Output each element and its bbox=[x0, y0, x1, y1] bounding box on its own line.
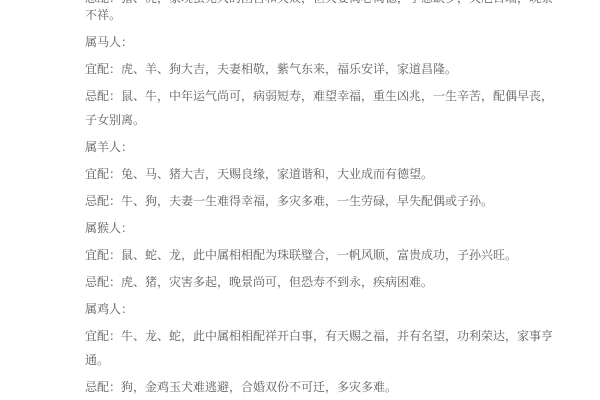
zodiac-heading-monkey: 属猴人： bbox=[85, 216, 557, 240]
article-page: 忌配：猪、虎，家境虽无大的困苦和失败，但夫妻离心离德，子息缺少，灾厄百端，晚景 … bbox=[0, 0, 600, 400]
goat-suitable-line: 宜配：兔、马、猪大吉，天赐良缘，家道谐和，大业成而有德望。 bbox=[85, 162, 557, 186]
zodiac-heading-goat: 属羊人： bbox=[85, 135, 557, 159]
rooster-suitable-line: 宜配：牛、龙、蛇，此中属相相配祥开白事，有天赐之福，并有名望，功利荣达，家事亨通… bbox=[85, 324, 557, 372]
rooster-avoid-line: 忌配：狗，金鸡玉犬难逃避，合婚双份不可迁，多灾多难。 bbox=[85, 375, 557, 399]
zodiac-heading-horse: 属马人： bbox=[85, 30, 557, 54]
article-body: 不祥。 属马人： 宜配：虎、羊、狗大吉，夫妻相敬，紫气东来，福乐安详，家道昌隆。… bbox=[85, 3, 557, 400]
horse-avoid-line: 忌配：鼠、牛，中年运气尚可，病弱短寿，难望幸福，重生凶兆，一生辛苦，配偶早丧，子… bbox=[85, 84, 557, 132]
clipped-line-continuation: 不祥。 bbox=[85, 3, 557, 27]
horse-suitable-line: 宜配：虎、羊、狗大吉，夫妻相敬，紫气东来，福乐安详，家道昌隆。 bbox=[85, 57, 557, 81]
zodiac-heading-rooster: 属鸡人： bbox=[85, 297, 557, 321]
goat-avoid-line: 忌配：牛、狗，夫妻一生难得幸福，多灾多难，一生劳碌，早失配偶或子孙。 bbox=[85, 189, 557, 213]
monkey-suitable-line: 宜配：鼠、蛇、龙，此中属相相配为珠联璧合，一帆风顺，富贵成功，子孙兴旺。 bbox=[85, 243, 557, 267]
monkey-avoid-line: 忌配：虎、猪，灾害多起，晚景尚可，但恐寿不到永，疾病困难。 bbox=[85, 270, 557, 294]
